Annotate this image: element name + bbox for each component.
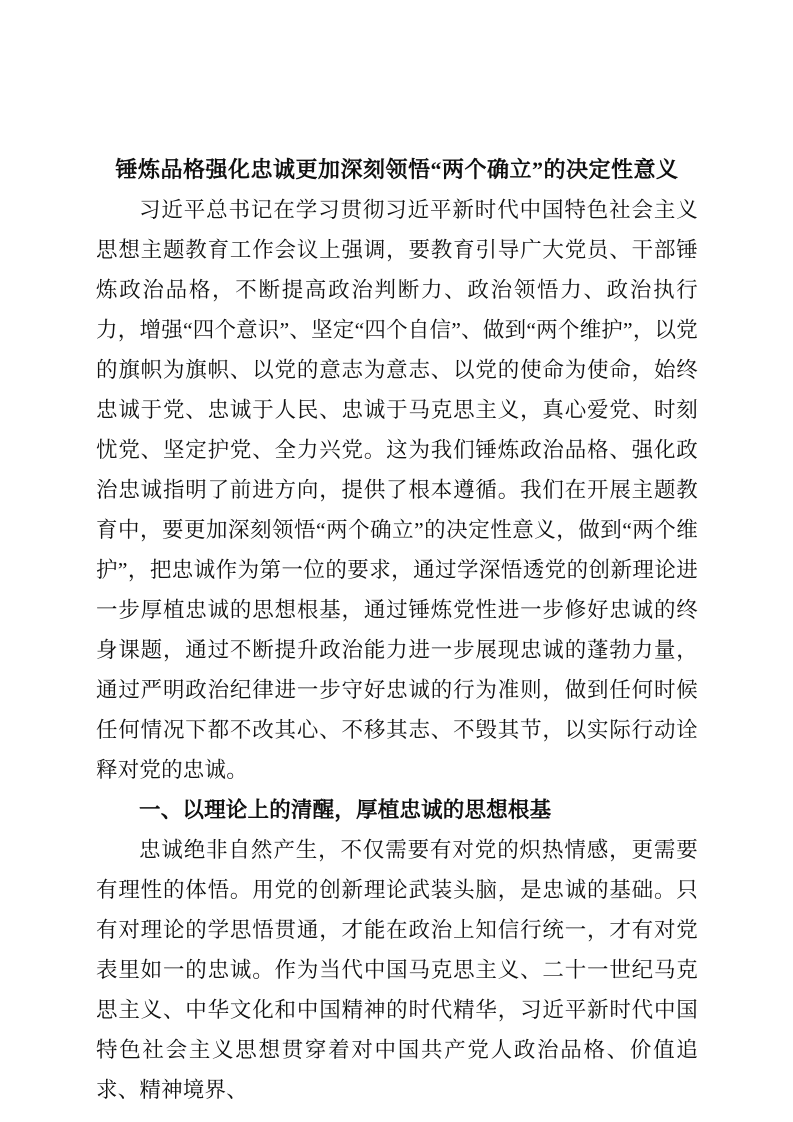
document-title: 锤炼品格强化忠诚更加深刻领悟“两个确立”的决定性意义 [96, 150, 698, 190]
document-page: 锤炼品格强化忠诚更加深刻领悟“两个确立”的决定性意义 习近平总书记在学习贯彻习近… [0, 0, 793, 1122]
section-heading-1: 一、以理论上的清醒，厚植忠诚的思想根基 [96, 790, 698, 830]
document-content: 锤炼品格强化忠诚更加深刻领悟“两个确立”的决定性意义 习近平总书记在学习贯彻习近… [96, 150, 698, 1110]
paragraph-intro: 习近平总书记在学习贯彻习近平新时代中国特色社会主义思想主题教育工作会议上强调，要… [96, 190, 698, 790]
paragraph-section-1: 忠诚绝非自然产生，不仅需要有对党的炽热情感，更需要有理性的体悟。用党的创新理论武… [96, 830, 698, 1110]
